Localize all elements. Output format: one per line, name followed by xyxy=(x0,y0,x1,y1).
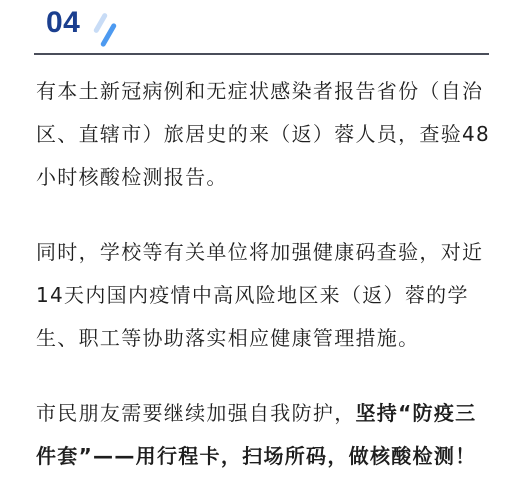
section-header: 04 xyxy=(34,0,490,56)
advice-text: 市民朋友需要继续加强自我防护， xyxy=(36,401,356,425)
section-number: 04 xyxy=(46,6,80,40)
slash-decoration-icon xyxy=(93,12,108,34)
paragraph-self-protection: 市民朋友需要继续加强自我防护，坚持“防疫三件套”——用行程卡，扫场所码，做核酸检… xyxy=(36,392,496,478)
divider xyxy=(34,53,489,55)
paragraph-health-code-check: 同时，学校等有关单位将加强健康码查验，对近14天内国内疫情中高风险地区来（返）蓉… xyxy=(36,231,496,360)
slash-decoration-icon xyxy=(100,22,117,47)
paragraph-travel-history: 有本土新冠病例和无症状感染者报告省份（自治区、直辖市）旅居史的来（返）蓉人员，查… xyxy=(36,70,496,199)
